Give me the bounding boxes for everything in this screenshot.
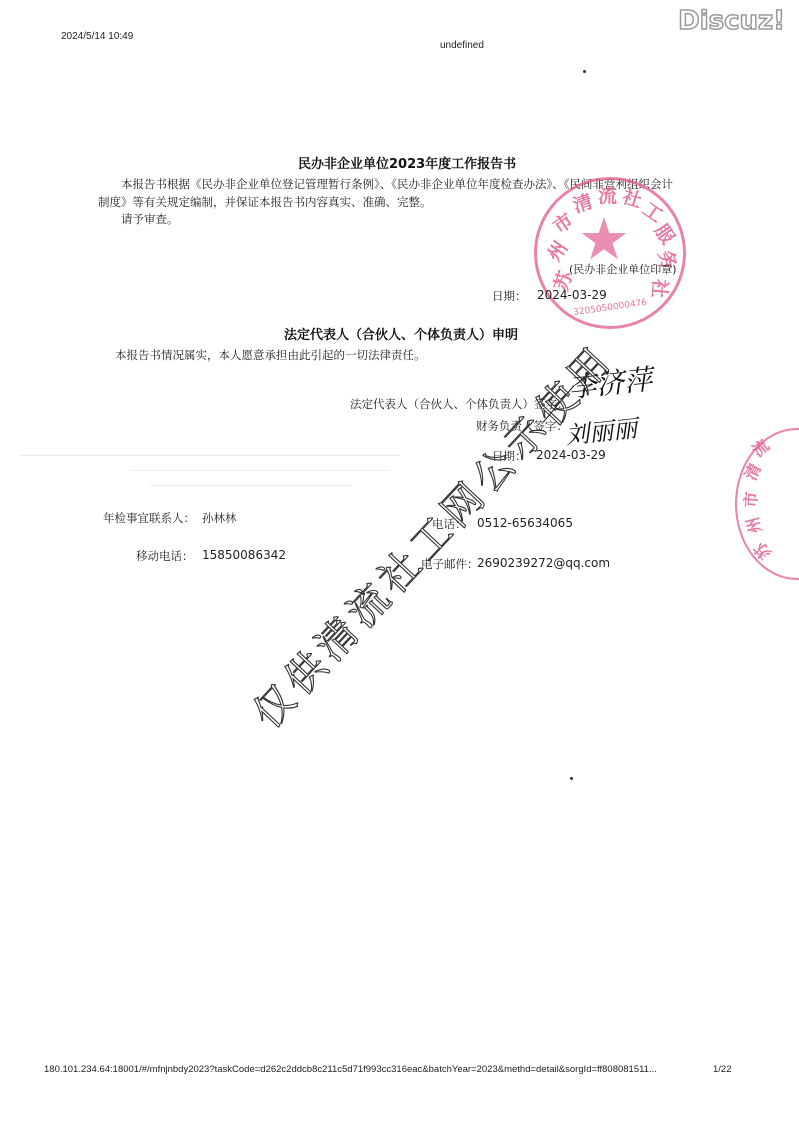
mobile-label: 移动电话：	[136, 548, 194, 564]
declaration-statement: 本报告书情况属实，本人愿意承担由此引起的一切法律责任。	[115, 347, 426, 363]
footer-url: 180.101.234.64:18001/#/mfnjnbdy2023?task…	[44, 1064, 657, 1075]
scan-speck	[583, 70, 586, 73]
contact-person-label: 年检事宜联系人：	[103, 510, 195, 526]
discuz-logo-watermark: Discuz!	[678, 6, 785, 36]
seal-star-icon: ★	[578, 210, 630, 268]
contact-person-value: 孙林林	[202, 510, 237, 526]
report-date-value: 2024-03-29	[537, 288, 607, 302]
intro-line-2: 制度》等有关规定编制，并保证本报告书内容真实、准确、完整。	[98, 194, 432, 210]
print-timestamp: 2024/5/14 10:49	[61, 31, 133, 42]
scan-speck	[570, 777, 573, 780]
declaration-title: 法定代表人（合伙人、个体负责人）申明	[284, 324, 518, 343]
report-date-label: 日期：	[492, 288, 527, 304]
mobile-value: 15850086342	[202, 548, 286, 562]
email-value: 2690239272@qq.com	[477, 556, 610, 570]
publication-watermark: 仅供清流社工网公示使用	[238, 330, 625, 739]
phone-value: 0512-65634065	[477, 516, 573, 530]
print-page-title: undefined	[440, 40, 484, 51]
report-title: 民办非企业单位2023年度工作报告书	[298, 153, 516, 172]
intro-line-3: 请予审查。	[121, 211, 179, 227]
page-indicator: 1/22	[713, 1064, 732, 1075]
seal-label: (民办非企业单位印章)	[569, 261, 677, 277]
